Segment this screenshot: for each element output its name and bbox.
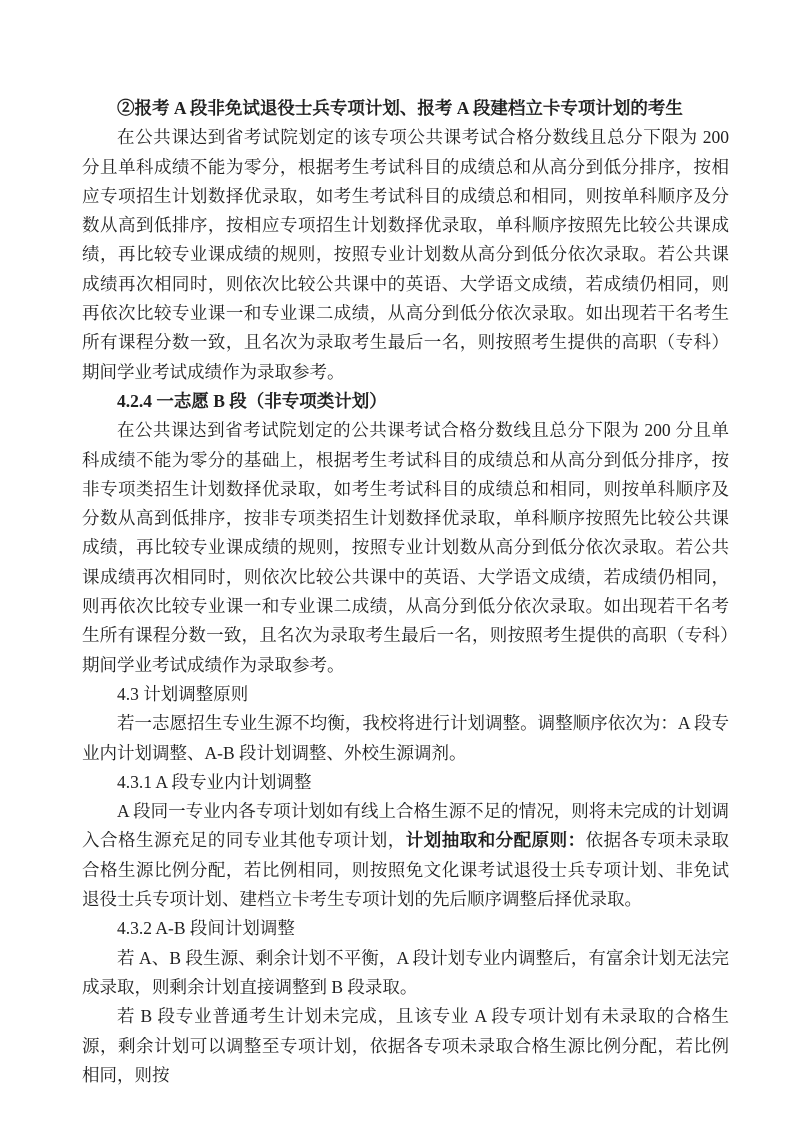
section-heading-candidates-a: ②报考 A 段非免试退役士兵专项计划、报考 A 段建档立卡专项计划的考生 (82, 94, 729, 123)
section-heading-4-3: 4.3 计划调整原则 (82, 680, 729, 709)
section-heading-4-3-1: 4.3.1 A 段专业内计划调整 (82, 768, 729, 797)
paragraph-ab-adjustment-2: 若 B 段专业普通考生计划未完成，且该专业 A 段专项计划有未录取的合格生源，剩… (82, 1002, 729, 1090)
paragraph-plan-adjustment-overview: 若一志愿招生专业生源不均衡，我校将进行计划调整。调整顺序依次为：A 段专业内计划… (82, 709, 729, 768)
paragraph-segment-bold-principle: 计划抽取和分配原则： (406, 830, 586, 850)
paragraph-intra-major-adjustment: A 段同一专业内各专项计划如有线上合格生源不足的情况，则将未完成的计划调入合格生… (82, 797, 729, 914)
paragraph-b-section-rules: 在公共课达到省考试院划定的公共课考试合格分数线且总分下限为 200 分且单科成绩… (82, 416, 729, 680)
paragraph-ab-adjustment-1: 若 A、B 段生源、剩余计划不平衡，A 段计划专业内调整后，有富余计划无法完成录… (82, 944, 729, 1003)
document-page: ②报考 A 段非免试退役士兵专项计划、报考 A 段建档立卡专项计划的考生 在公共… (0, 0, 800, 1132)
section-heading-4-3-2: 4.3.2 A-B 段间计划调整 (82, 914, 729, 943)
section-heading-4-2-4: 4.2.4 一志愿 B 段（非专项类计划） (82, 387, 729, 416)
paragraph-a-section-rules: 在公共课达到省考试院划定的该专项公共课考试合格分数线且总分下限为 200 分且单… (82, 123, 729, 387)
